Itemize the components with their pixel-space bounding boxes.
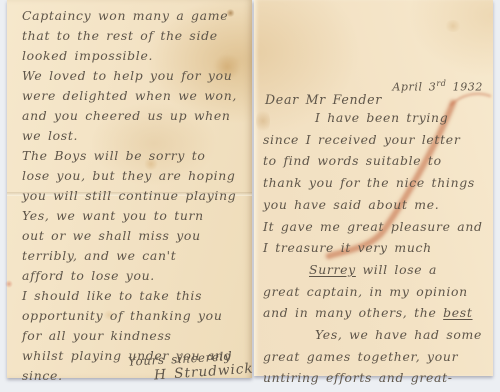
handwritten-line: Captaincy won many a game <box>22 6 250 26</box>
date-year: 1932 <box>447 81 484 94</box>
handwritten-line: Yes, we want you to turn <box>22 206 250 226</box>
handwritten-line: Yes, we have had some <box>315 324 493 346</box>
handwritten-line: untiring efforts and great- <box>263 367 493 389</box>
handwritten-line: to find words suitable to <box>263 150 493 172</box>
handwritten-line: It gave me great pleasure and <box>263 216 493 238</box>
handwritten-line: great games together, your <box>263 346 493 368</box>
letter-page-right: April 3rd 1932 Dear Mr Fender I have bee… <box>254 0 493 376</box>
letter-photo: Captaincy won many a game that to the re… <box>0 0 500 392</box>
handwritten-line: we lost. <box>22 126 250 146</box>
handwritten-line: opportunity of thanking you <box>22 306 250 326</box>
letter-page-left: Captaincy won many a game that to the re… <box>7 0 252 378</box>
handwritten-line: looked impossible. <box>22 46 250 66</box>
date-day: April 3 <box>392 81 436 94</box>
handwritten-line: I have been trying <box>315 107 493 129</box>
handwritten-line: out or we shall miss you <box>22 226 250 246</box>
foxing-spot <box>444 20 462 32</box>
handwritten-line: The Boys will be sorry to <box>22 146 250 166</box>
handwritten-line: terribly, and we can't <box>22 246 250 266</box>
line-text: and in many others, the <box>263 305 443 320</box>
handwritten-line: you have said about me. <box>263 194 493 216</box>
letter-date: April 3rd 1932 <box>392 79 483 94</box>
handwritten-line: lose you, but they are hoping <box>22 166 250 186</box>
handwritten-line: great captain, in my opinion <box>263 281 493 303</box>
handwritten-line: Surrey will lose a <box>309 259 493 281</box>
handwritten-line: since I received your letter <box>263 129 493 151</box>
date-ordinal: rd <box>436 79 446 88</box>
line-continuation: will lose a <box>356 262 437 277</box>
handwritten-line: I should like to take this <box>22 286 250 306</box>
handwritten-line: you will still continue playing <box>22 186 250 206</box>
handwritten-line: afford to lose you. <box>22 266 250 286</box>
underlined-word-surrey: Surrey <box>309 262 356 277</box>
handwritten-line: thank you for the nice things <box>263 172 493 194</box>
left-page-text: Captaincy won many a game that to the re… <box>22 6 250 386</box>
handwritten-line: were delighted when we won, <box>22 86 250 106</box>
salutation: Dear Mr Fender <box>265 92 382 107</box>
ink-smudge <box>5 280 13 288</box>
handwritten-line: We loved to help you for you <box>22 66 250 86</box>
handwritten-line: I treasure it very much <box>263 237 493 259</box>
handwritten-line: and in many others, the best <box>263 302 493 324</box>
handwritten-line: that to the rest of the side <box>22 26 250 46</box>
underlined-word-best: best <box>443 305 472 320</box>
handwritten-line: for all your kindness <box>22 326 250 346</box>
handwritten-line: and you cheered us up when <box>22 106 250 126</box>
right-page-text: I have been trying since I received your… <box>263 107 493 389</box>
